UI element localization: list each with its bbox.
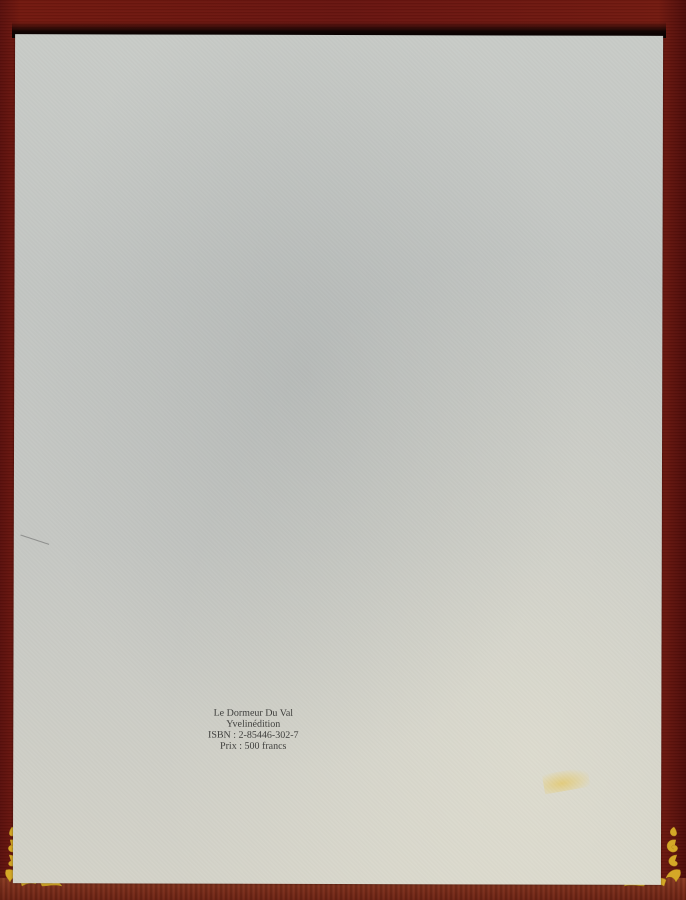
colophon: Le Dormeur Du Val Yvelinédition ISBN : 2… bbox=[188, 708, 318, 752]
isbn: ISBN : 2-85446-302-7 bbox=[188, 730, 318, 741]
book-back-cover: Le Dormeur Du Val Yvelinédition ISBN : 2… bbox=[13, 34, 663, 885]
cover-scratch bbox=[20, 535, 49, 545]
price: Prix : 500 francs bbox=[188, 741, 318, 752]
book-title: Le Dormeur Du Val bbox=[188, 708, 318, 719]
sticker-residue bbox=[542, 767, 591, 795]
publisher: Yvelinédition bbox=[188, 719, 318, 730]
